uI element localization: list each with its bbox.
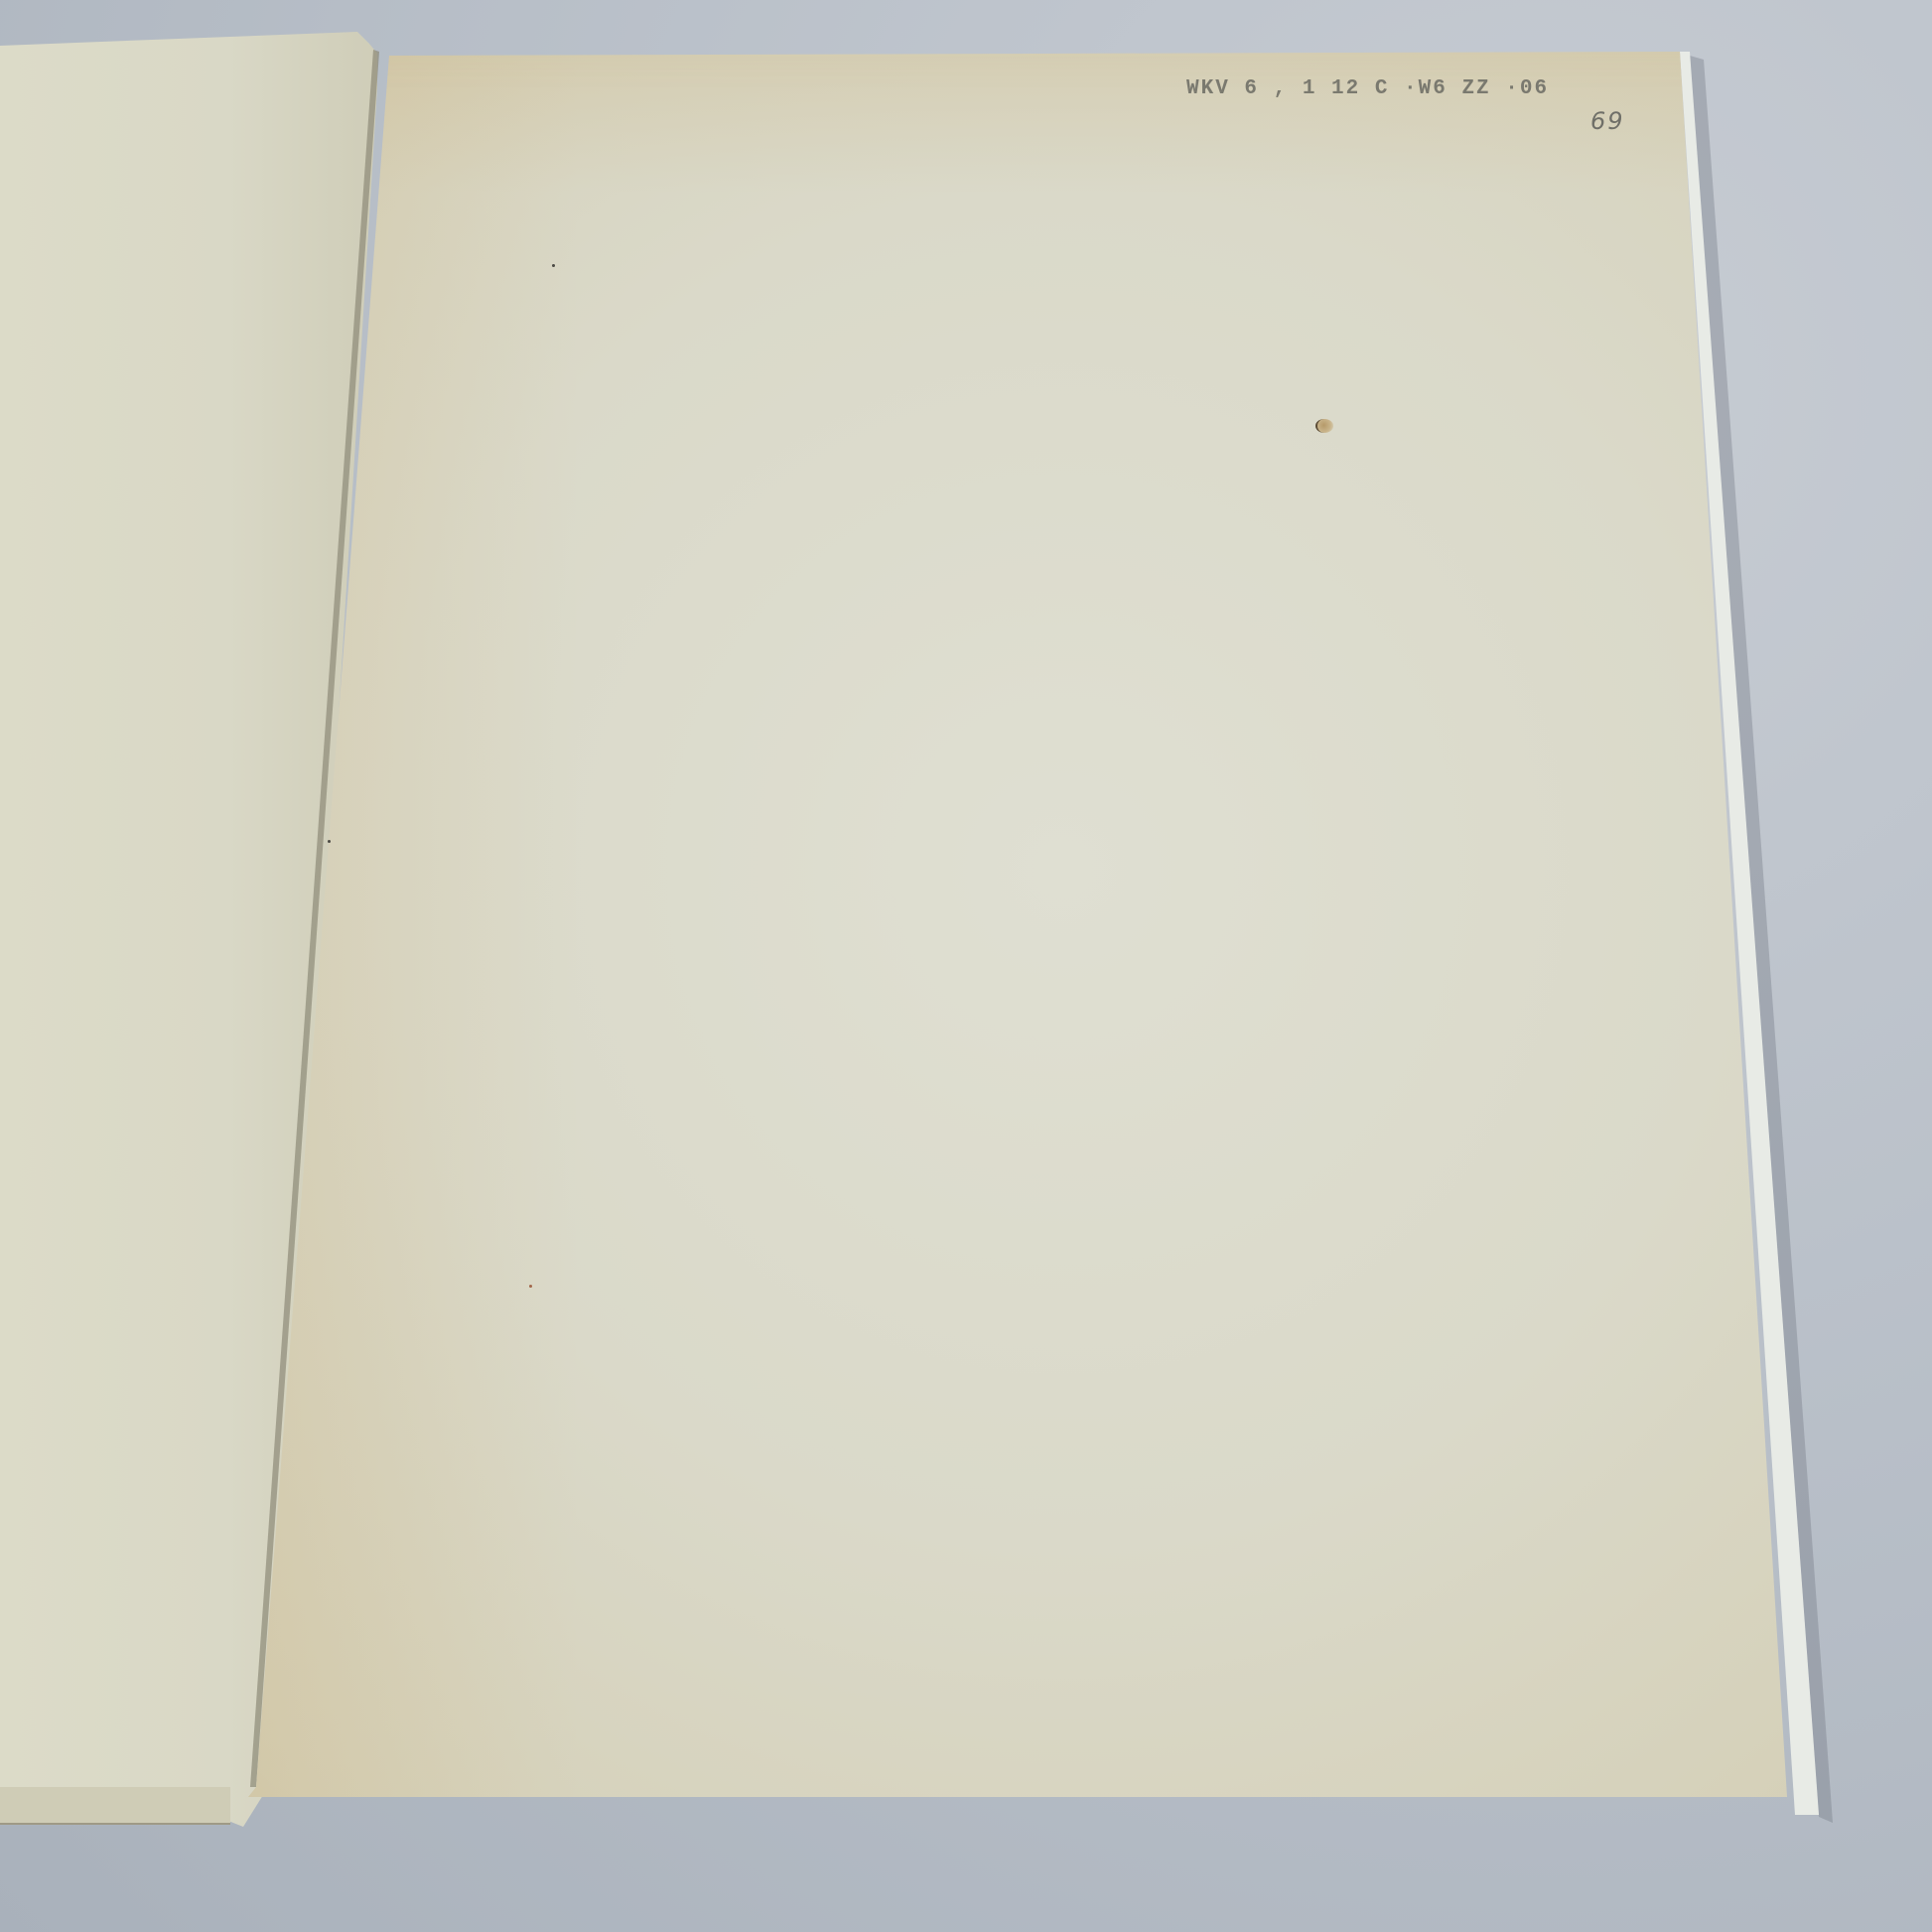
- foxing-stain: [1315, 419, 1333, 433]
- handwritten-number: 69: [1590, 107, 1625, 135]
- right-page-paper: [0, 0, 1932, 1932]
- right-flyleaf: [0, 0, 1932, 1932]
- shelfmark-text: WKV 6 , 1 12 C ·W6 ZZ ·06: [1186, 77, 1549, 100]
- paper-speck: [328, 840, 331, 843]
- paper-speck: [529, 1285, 532, 1288]
- paper-speck: [552, 264, 555, 267]
